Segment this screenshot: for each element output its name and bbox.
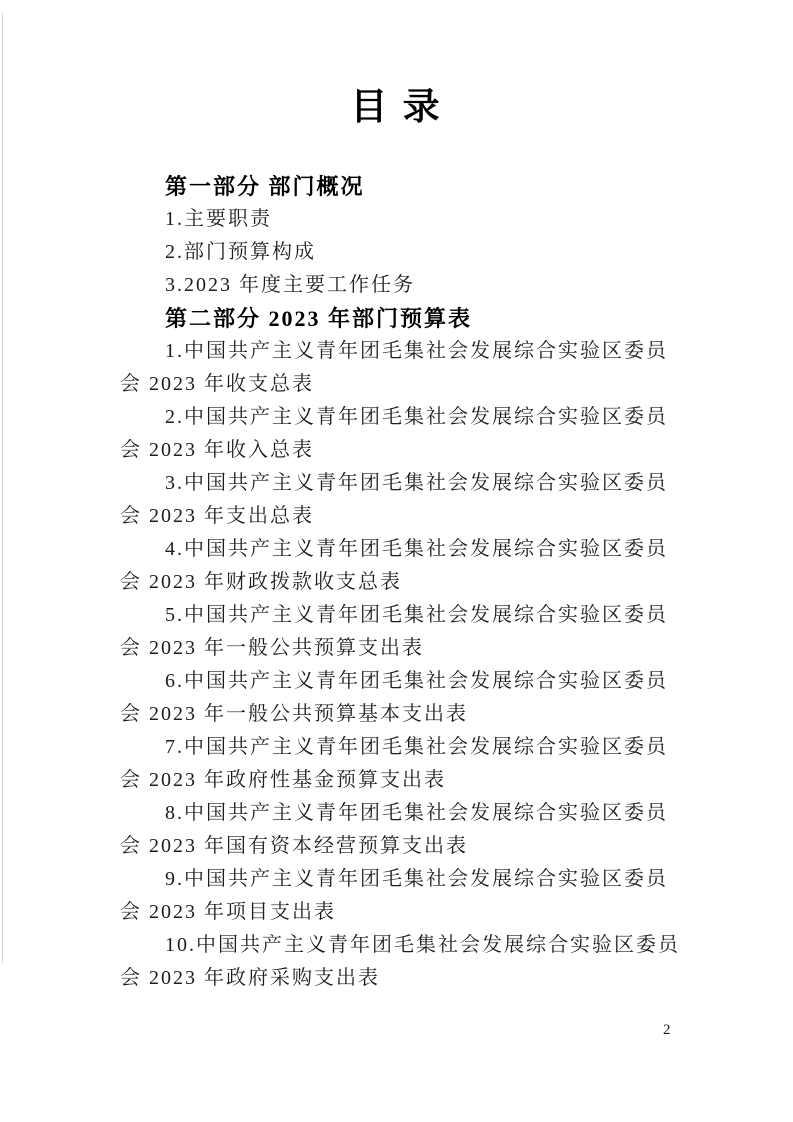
toc-item-line: 7.中国共产主义青年团毛集社会发展综合实验区委员 (120, 731, 693, 764)
toc-item-line: 会 2023 年一般公共预算基本支出表 (120, 698, 693, 731)
toc-item-line: 会 2023 年国有资本经营预算支出表 (120, 830, 693, 863)
toc-item-part2-1: 1.中国共产主义青年团毛集社会发展综合实验区委员 会 2023 年收支总表 (120, 335, 693, 401)
toc-item-line: 10.中国共产主义青年团毛集社会发展综合实验区委员 (120, 929, 693, 962)
toc-item-line: 会 2023 年一般公共预算支出表 (120, 632, 693, 665)
toc-item-part2-6: 6.中国共产主义青年团毛集社会发展综合实验区委员 会 2023 年一般公共预算基… (120, 665, 693, 731)
toc-item-part1-1: 1.主要职责 (120, 203, 693, 236)
toc-item-part2-9: 9.中国共产主义青年团毛集社会发展综合实验区委员 会 2023 年项目支出表 (120, 863, 693, 929)
scan-edge-line (2, 13, 3, 963)
toc-item-line: 8.中国共产主义青年团毛集社会发展综合实验区委员 (120, 797, 693, 830)
toc-item-line: 会 2023 年财政拨款收支总表 (120, 566, 693, 599)
page-number: 2 (663, 1021, 671, 1039)
toc-item-part1-3: 3.2023 年度主要工作任务 (120, 269, 693, 302)
table-of-contents: 第一部分 部门概况 1.主要职责 2.部门预算构成 3.2023 年度主要工作任… (0, 170, 793, 995)
toc-item-line: 9.中国共产主义青年团毛集社会发展综合实验区委员 (120, 863, 693, 896)
toc-item-line: 会 2023 年收入总表 (120, 434, 693, 467)
toc-item-line: 会 2023 年政府采购支出表 (120, 962, 693, 995)
toc-item-line: 会 2023 年项目支出表 (120, 896, 693, 929)
toc-item-line: 4.中国共产主义青年团毛集社会发展综合实验区委员 (120, 533, 693, 566)
toc-item-part2-3: 3.中国共产主义青年团毛集社会发展综合实验区委员 会 2023 年支出总表 (120, 467, 693, 533)
toc-item-line: 会 2023 年收支总表 (120, 368, 693, 401)
toc-item-part2-10: 10.中国共产主义青年团毛集社会发展综合实验区委员 会 2023 年政府采购支出… (120, 929, 693, 995)
toc-item-line: 会 2023 年政府性基金预算支出表 (120, 764, 693, 797)
toc-item-line: 6.中国共产主义青年团毛集社会发展综合实验区委员 (120, 665, 693, 698)
toc-item-line: 2.中国共产主义青年团毛集社会发展综合实验区委员 (120, 401, 693, 434)
toc-item-part2-2: 2.中国共产主义青年团毛集社会发展综合实验区委员 会 2023 年收入总表 (120, 401, 693, 467)
page-title: 目 录 (0, 0, 793, 128)
toc-item-part1-2: 2.部门预算构成 (120, 236, 693, 269)
toc-item-line: 1.中国共产主义青年团毛集社会发展综合实验区委员 (120, 335, 693, 368)
toc-item-line: 3.中国共产主义青年团毛集社会发展综合实验区委员 (120, 467, 693, 500)
toc-item-line: 会 2023 年支出总表 (120, 500, 693, 533)
section-heading-part1: 第一部分 部门概况 (120, 170, 693, 203)
document-page: 目 录 第一部分 部门概况 1.主要职责 2.部门预算构成 3.2023 年度主… (0, 0, 793, 1122)
toc-item-part2-5: 5.中国共产主义青年团毛集社会发展综合实验区委员 会 2023 年一般公共预算支… (120, 599, 693, 665)
toc-item-part2-8: 8.中国共产主义青年团毛集社会发展综合实验区委员 会 2023 年国有资本经营预… (120, 797, 693, 863)
toc-item-line: 5.中国共产主义青年团毛集社会发展综合实验区委员 (120, 599, 693, 632)
toc-item-part2-7: 7.中国共产主义青年团毛集社会发展综合实验区委员 会 2023 年政府性基金预算… (120, 731, 693, 797)
section-heading-part2: 第二部分 2023 年部门预算表 (120, 302, 693, 335)
toc-item-part2-4: 4.中国共产主义青年团毛集社会发展综合实验区委员 会 2023 年财政拨款收支总… (120, 533, 693, 599)
